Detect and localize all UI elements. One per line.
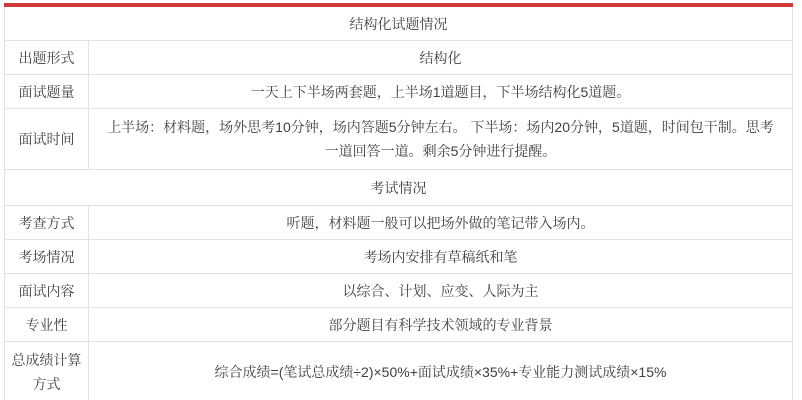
table-row: 专业性 部分题目有科学技术领域的专业背景 bbox=[5, 308, 793, 342]
table-row: 考查方式 听题，材料题一般可以把场外做的笔记带入场内。 bbox=[5, 206, 793, 240]
table-row: 面试时间 上半场：材料题，场外思考10分钟，场内答题5分钟左右。 下半场：场内2… bbox=[5, 109, 793, 170]
section-header-row: 结构化试题情况 bbox=[5, 5, 793, 41]
row-label-interview-time: 面试时间 bbox=[5, 109, 89, 170]
row-value-interview-content: 以综合、计划、应变、人际为主 bbox=[89, 274, 793, 308]
table-row: 总成绩计算方式 综合成绩=(笔试总成绩÷2)×50%+面试成绩×35%+专业能力… bbox=[5, 342, 793, 400]
table-row: 考场情况 考场内安排有草稿纸和笔 bbox=[5, 240, 793, 274]
page: 结构化试题情况 出题形式 结构化 面试题量 一天上下半场两套题，上半场1道题目，… bbox=[0, 0, 802, 400]
row-label-question-quantity: 面试题量 bbox=[5, 75, 89, 109]
table-row: 面试内容 以综合、计划、应变、人际为主 bbox=[5, 274, 793, 308]
row-label-question-format: 出题形式 bbox=[5, 41, 89, 75]
row-label-exam-room: 考场情况 bbox=[5, 240, 89, 274]
row-value-question-quantity: 一天上下半场两套题，上半场1道题目，下半场结构化5道题。 bbox=[89, 75, 793, 109]
section-header-row: 考试情况 bbox=[5, 170, 793, 206]
row-label-professionalism: 专业性 bbox=[5, 308, 89, 342]
row-value-interview-time: 上半场：材料题，场外思考10分钟，场内答题5分钟左右。 下半场：场内20分钟，5… bbox=[89, 109, 793, 170]
row-label-total-score-formula: 总成绩计算方式 bbox=[5, 342, 89, 400]
exam-info-table: 结构化试题情况 出题形式 结构化 面试题量 一天上下半场两套题，上半场1道题目，… bbox=[4, 3, 793, 400]
row-value-professionalism: 部分题目有科学技术领域的专业背景 bbox=[89, 308, 793, 342]
row-value-total-score-formula: 综合成绩=(笔试总成绩÷2)×50%+面试成绩×35%+专业能力测试成绩×15% bbox=[89, 342, 793, 400]
section-header-structured-questions: 结构化试题情况 bbox=[5, 5, 793, 41]
row-label-interview-content: 面试内容 bbox=[5, 274, 89, 308]
row-value-exam-room: 考场内安排有草稿纸和笔 bbox=[89, 240, 793, 274]
row-value-question-format: 结构化 bbox=[89, 41, 793, 75]
section-header-exam-situation: 考试情况 bbox=[5, 170, 793, 206]
table-row: 面试题量 一天上下半场两套题，上半场1道题目，下半场结构化5道题。 bbox=[5, 75, 793, 109]
row-value-assessment-method: 听题，材料题一般可以把场外做的笔记带入场内。 bbox=[89, 206, 793, 240]
row-label-assessment-method: 考查方式 bbox=[5, 206, 89, 240]
table-row: 出题形式 结构化 bbox=[5, 41, 793, 75]
